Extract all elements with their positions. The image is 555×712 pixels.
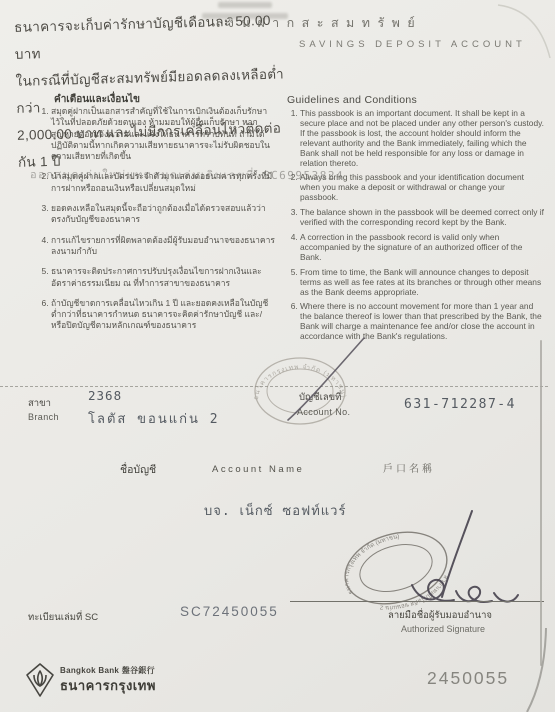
bangkok-bank-lotus-logo — [24, 662, 56, 698]
bank-name-thai: ธนาคารกรุงเทพ — [60, 675, 156, 696]
registration-label: ทะเบียนเล่มที่ SC — [28, 610, 98, 625]
branch-name-value: โลตัส ขอนแก่น 2 — [88, 408, 220, 429]
passbook-serial-number: 2450055 — [427, 668, 509, 689]
passbook-page: ธนาคารจะเก็บค่ารักษาบัญชีเดือนละ 50.00 บ… — [0, 0, 555, 712]
condition-item: From time to time, the Bank will announc… — [300, 268, 545, 298]
signature-line — [290, 601, 544, 602]
page-edge-line — [540, 340, 542, 666]
conditions-heading-english: Guidelines and Conditions — [287, 94, 417, 106]
condition-item: This passbook is an important document. … — [300, 109, 545, 168]
conditions-heading-thai: คำเตือนและเงื่อนไข — [54, 92, 140, 107]
branch-label-thai: สาขา — [28, 396, 51, 411]
conditions-list-english: This passbook is an important document. … — [287, 109, 545, 347]
conditions-list-thai: สมุดคู่ฝากเป็นเอกสารสำคัญที่ใช้ในการเบิก… — [38, 106, 276, 341]
rounded-corner-artifact — [490, 0, 555, 64]
condition-item: ธนาคารจะติดประกาศการปรับปรุงเงื่อนไขการฝ… — [51, 266, 276, 289]
condition-item: ถ้าบัญชีขาดการเคลื่อนไหวเกิน 1 ปี และยอด… — [51, 298, 276, 332]
condition-item: การแก้ไขรายการที่ผิดพลาดต้องมีผู้รับมอบอ… — [51, 235, 276, 258]
account-name-label-thai: ชื่อบัญชี — [120, 461, 156, 478]
branch-label-english: Branch — [28, 412, 59, 422]
page-curl-artifact — [505, 620, 555, 712]
authorized-signature-label-thai: ลายมือชื่อผู้รับมอบอำนาจ — [388, 608, 492, 623]
authorized-signature-label-english: Authorized Signature — [401, 624, 485, 634]
account-number-value: 631-712287-4 — [404, 397, 516, 412]
account-name-label-english: Account Name — [212, 464, 304, 475]
condition-item: The balance shown in the passbook will b… — [300, 208, 545, 228]
page-title-thai: เ งิ น ฝ า ก ส ะ ส ม ท รั พ ย์ — [216, 13, 417, 33]
condition-item: ยอดคงเหลือในสมุดนี้จะถือว่าถูกต้องเมื่อไ… — [51, 203, 276, 226]
condition-item: สมุดคู่ฝากเป็นเอกสารสำคัญที่ใช้ในการเบิก… — [51, 106, 276, 162]
pen-stroke — [280, 332, 372, 428]
condition-item: A correction in the passbook record is v… — [300, 233, 545, 263]
account-name-label-chinese: 戶口名稱 — [383, 460, 435, 475]
branch-code-value: 2368 — [88, 388, 122, 403]
dot-matrix-overprint: ออกสมุดเล่มใหม่แทนสมุดเล่มเดิมเลขที่ SC6… — [30, 165, 550, 185]
registration-number-value: SC72450055 — [180, 604, 279, 619]
